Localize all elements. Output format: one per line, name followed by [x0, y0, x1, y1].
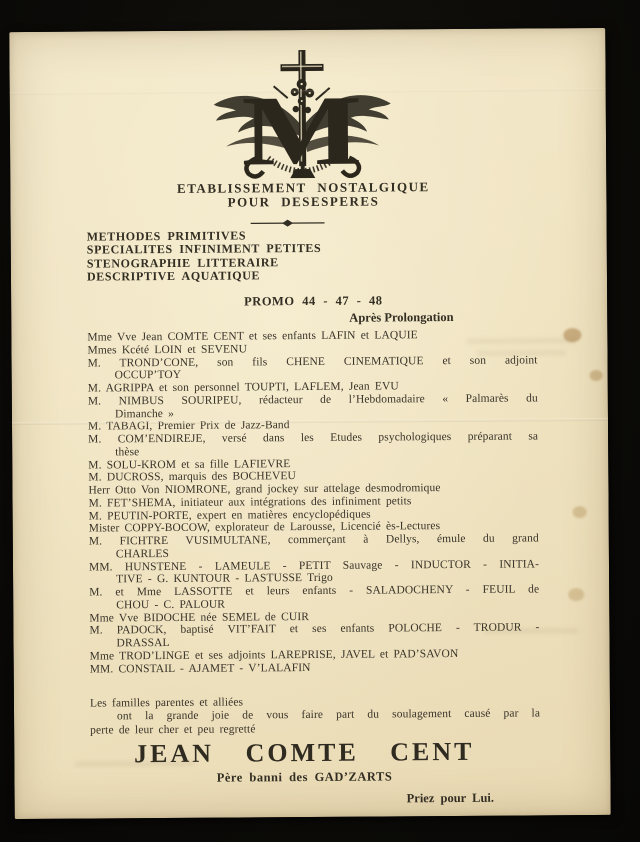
closing-line: perte de leur cher et peu regretté: [90, 721, 540, 737]
divider-ornament: [251, 214, 325, 223]
stain: [573, 506, 587, 518]
diamond-rule-icon: [251, 219, 325, 228]
show-through-text: [466, 338, 576, 344]
deceased-subtitle: Père banni des GAD’ZARTS: [44, 768, 564, 787]
marian-monogram-icon: M: [209, 47, 395, 180]
subjects-list: METHODES PRIMITIVESSPECIALITES INFINIMEN…: [87, 229, 322, 284]
prayer-line: Priez pour Lui.: [407, 791, 494, 807]
apres-prolongation: Après Prolongation: [349, 310, 453, 326]
closing-paragraph: Les familles parentes et alliéesont la g…: [90, 694, 540, 737]
show-through-text: [483, 628, 578, 634]
stain: [568, 588, 584, 601]
establishment-title-line2: POUR DESESPERES: [153, 193, 453, 211]
scanned-document-page: { "header": { "line1": "ETABLISSEMENT NO…: [0, 0, 640, 842]
show-through-text: [74, 761, 194, 767]
stain: [590, 370, 603, 381]
body-line: MM. CONSTAIL - AJAMET - V’LALAFIN: [90, 660, 540, 676]
subject-line: DESCRIPTIVE AQUATIQUE: [87, 269, 322, 284]
mourners-list: Mme Vve Jean COMTE CENT et ses enfants L…: [87, 328, 539, 675]
marian-emblem: M: [209, 47, 395, 180]
show-through-text: [476, 350, 566, 356]
paper-sheet: M ETABLISSEMENT NOSTALGIQUE POUR DESESPE…: [9, 28, 610, 819]
promo-line: PROMO 44 - 47 - 48: [244, 293, 382, 309]
